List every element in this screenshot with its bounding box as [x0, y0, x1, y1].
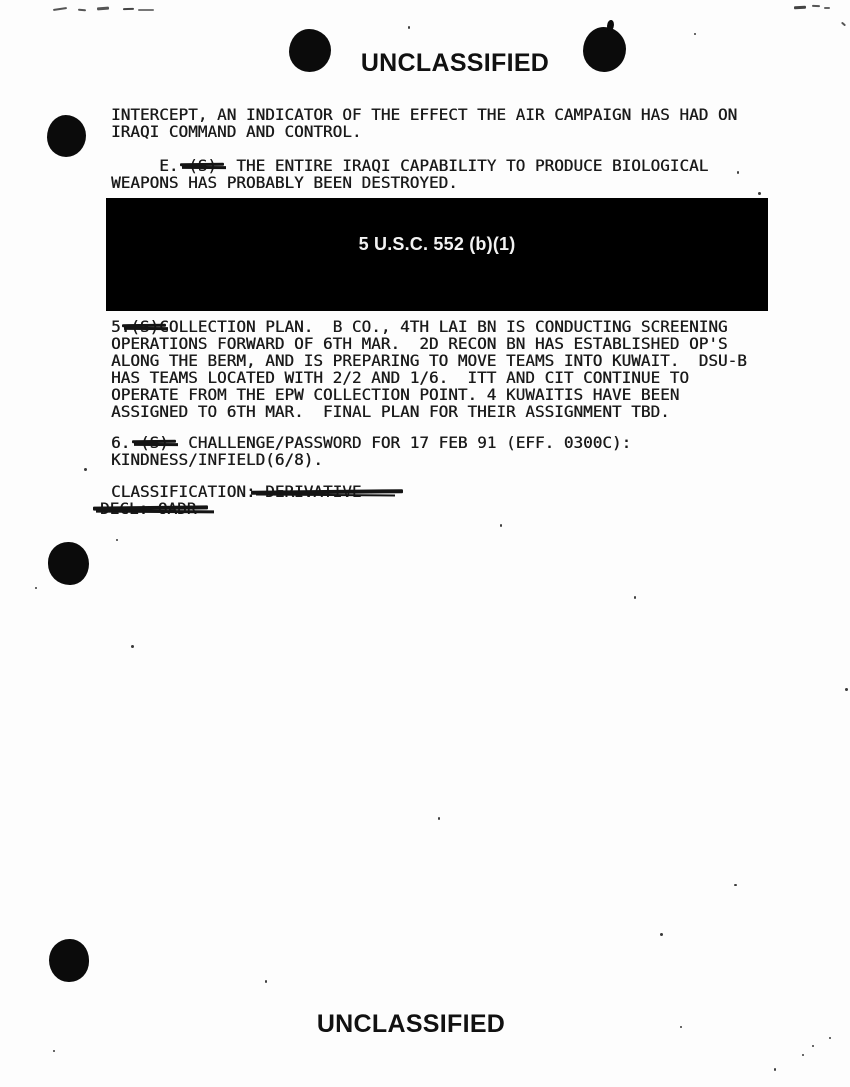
classification-block: CLASSIFICATION: DERIVATIVE DECL: OADR: [111, 483, 361, 517]
classification-marking-struck: (S): [188, 157, 217, 174]
classification-marking-struck: (S): [130, 318, 159, 335]
scan-smudge: [123, 8, 134, 10]
scan-speck: [734, 884, 737, 886]
classification-line2: DECL: OADR: [100, 500, 361, 517]
scan-speck: [116, 539, 118, 541]
text-line: HAS TEAMS LOCATED WITH 2/2 AND 1/6. ITT …: [111, 369, 747, 386]
scan-speck: [35, 587, 37, 589]
scan-speck: [694, 33, 696, 35]
scan-speck: [680, 1026, 682, 1028]
scan-speck: [660, 933, 663, 936]
classification-line1: CLASSIFICATION: DERIVATIVE: [111, 483, 361, 500]
hole-punch-dot: [48, 542, 89, 585]
item-6-line2: KINDNESS/INFIELD(6/8).: [111, 451, 631, 468]
scan-smudge: [97, 7, 109, 10]
text-line: OPERATE FROM THE EPW COLLECTION POINT. 4…: [111, 386, 747, 403]
scan-speck: [758, 192, 761, 195]
scan-smudge: [824, 7, 830, 9]
redaction-block: 5 U.S.C. 552 (b)(1): [106, 198, 768, 311]
scan-speck: [845, 688, 848, 691]
scan-speck: [131, 645, 134, 648]
scan-smudge: [841, 22, 846, 27]
scan-smudge: [78, 9, 86, 12]
item-6-line1: 6. (S) CHALLENGE/PASSWORD FOR 17 FEB 91 …: [111, 434, 631, 451]
blank-line: [111, 140, 737, 157]
top-classification-banner: UNCLASSIFIED: [361, 49, 549, 78]
hole-punch-dot: [47, 115, 86, 157]
scan-smudge: [53, 7, 67, 11]
item-e-line2: WEAPONS HAS PROBABLY BEEN DESTROYED.: [111, 174, 737, 191]
scan-smudge: [812, 5, 820, 7]
text-line: ALONG THE BERM, AND IS PREPARING TO MOVE…: [111, 352, 747, 369]
scan-speck: [812, 1045, 814, 1047]
scan-speck: [265, 980, 267, 983]
scan-smudge: [794, 6, 806, 9]
ink-blot: [583, 27, 626, 72]
redaction-exemption-label: 5 U.S.C. 552 (b)(1): [359, 234, 516, 255]
scan-speck: [829, 1037, 831, 1039]
scan-speck: [774, 1068, 776, 1071]
scan-smudge: [138, 9, 154, 11]
text-line: OPERATIONS FORWARD OF 6TH MAR. 2D RECON …: [111, 335, 747, 352]
text-line: ASSIGNED TO 6TH MAR. FINAL PLAN FOR THEI…: [111, 403, 747, 420]
item-e-line1: E. (S) THE ENTIRE IRAQI CAPABILITY TO PR…: [111, 157, 737, 174]
text-line: INTERCEPT, AN INDICATOR OF THE EFFECT TH…: [111, 106, 737, 123]
scan-speck: [500, 524, 502, 527]
scan-speck: [737, 171, 739, 174]
hole-punch-dot: [49, 939, 89, 982]
bottom-classification-banner: UNCLASSIFIED: [317, 1010, 505, 1039]
document-page: UNCLASSIFIED INTERCEPT, AN INDICATOR OF …: [0, 0, 850, 1087]
scan-speck: [53, 1050, 55, 1052]
scan-speck: [634, 596, 636, 599]
item-5-line1: 5.(S)COLLECTION PLAN. B CO., 4TH LAI BN …: [111, 318, 747, 335]
classification-derivative-struck: DERIVATIVE: [265, 483, 361, 500]
scan-speck: [408, 26, 410, 29]
classification-decl-struck: DECL: OADR: [100, 500, 196, 517]
item-5-paragraph: 5.(S)COLLECTION PLAN. B CO., 4TH LAI BN …: [111, 318, 747, 420]
scan-speck: [438, 817, 440, 820]
intercept-paragraph: INTERCEPT, AN INDICATOR OF THE EFFECT TH…: [111, 106, 737, 191]
scan-speck: [84, 468, 87, 471]
classification-marking-struck: (S): [140, 434, 169, 451]
item-6-paragraph: 6. (S) CHALLENGE/PASSWORD FOR 17 FEB 91 …: [111, 434, 631, 468]
ink-blot: [289, 29, 331, 72]
scan-speck: [802, 1054, 804, 1056]
text-line: IRAQI COMMAND AND CONTROL.: [111, 123, 737, 140]
